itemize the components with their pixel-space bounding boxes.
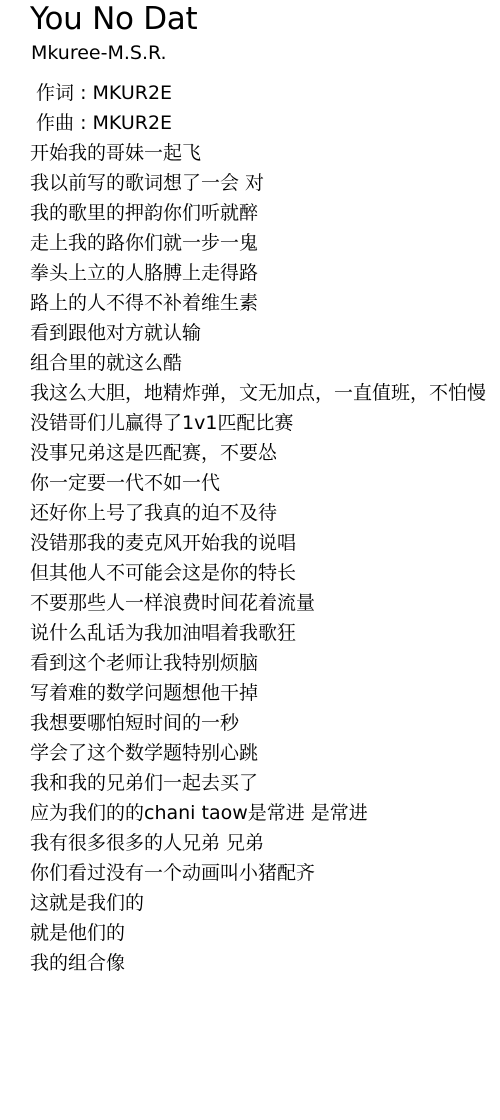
artist-name: Mkuree-M.S.R. <box>31 40 167 66</box>
lyric-line: 我的组合像 <box>30 948 500 978</box>
lyric-line: 但其他人不可能会这是你的特长 <box>30 558 500 588</box>
lyric-line: 没错那我的麦克风开始我的说唱 <box>30 528 500 558</box>
lyric-line: 说什么乱话为我加油唱着我歌狂 <box>30 618 500 648</box>
lyric-line: 你们看过没有一个动画叫小猪配齐 <box>30 858 500 888</box>
lyrics-block: 作词 : MKUR2E 作曲 : MKUR2E 开始我的哥妹一起飞 我以前写的歌… <box>30 78 500 978</box>
lyric-line: 没事兄弟这是匹配赛，不要怂 <box>30 438 500 468</box>
lyric-line: 我想要哪怕短时间的一秒 <box>30 708 500 738</box>
lyric-line: 我有很多很多的人兄弟 兄弟 <box>30 828 500 858</box>
lyric-line: 我以前写的歌词想了一会 对 <box>30 168 500 198</box>
lyric-line: 我的歌里的押韵你们听就醉 <box>30 198 500 228</box>
lyric-line: 这就是我们的 <box>30 888 500 918</box>
lyric-line: 不要那些人一样浪费时间花着流量 <box>30 588 500 618</box>
lyric-line: 写着难的数学问题想他干掉 <box>30 678 500 708</box>
lyric-line: 组合里的就这么酷 <box>30 348 500 378</box>
lyric-line: 你一定要一代不如一代 <box>30 468 500 498</box>
lyric-line: 我这么大胆，地精炸弹，文无加点，一直值班，不怕慢 <box>30 378 500 408</box>
song-title: You No Dat <box>30 0 197 38</box>
lyric-line: 学会了这个数学题特别心跳 <box>30 738 500 768</box>
lyric-line: 拳头上立的人胳膊上走得路 <box>30 258 500 288</box>
lyric-line: 开始我的哥妹一起飞 <box>30 138 500 168</box>
lyric-line: 没错哥们儿赢得了1v1匹配比赛 <box>30 408 500 438</box>
lyric-line: 看到这个老师让我特别烦脑 <box>30 648 500 678</box>
lyric-line: 作曲 : MKUR2E <box>30 108 500 138</box>
lyric-line: 应为我们的的chani taow是常进 是常进 <box>30 798 500 828</box>
lyric-line: 我和我的兄弟们一起去买了 <box>30 768 500 798</box>
lyric-line: 看到跟他对方就认输 <box>30 318 500 348</box>
lyric-line: 就是他们的 <box>30 918 500 948</box>
lyric-line: 路上的人不得不补着维生素 <box>30 288 500 318</box>
lyric-line: 走上我的路你们就一步一鬼 <box>30 228 500 258</box>
lyric-line: 作词 : MKUR2E <box>30 78 500 108</box>
lyric-line: 还好你上号了我真的迫不及待 <box>30 498 500 528</box>
